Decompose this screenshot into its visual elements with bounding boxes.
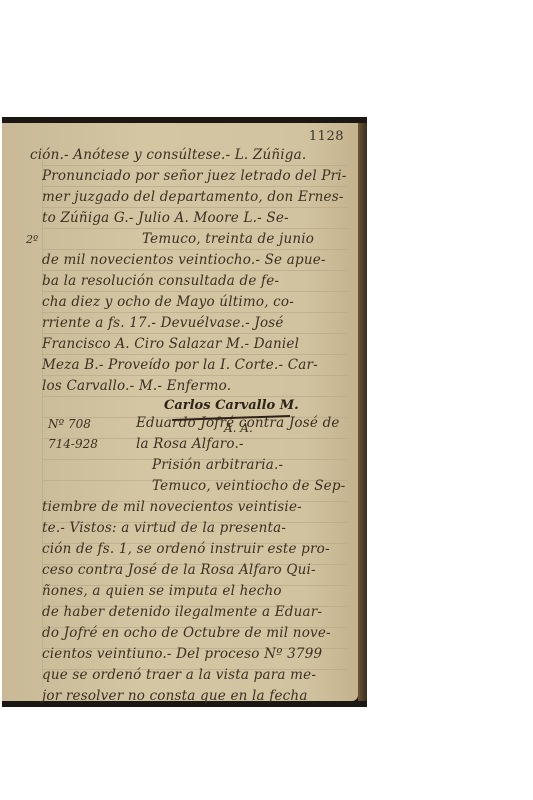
text-line: ba la resolución consultada de fe- [42,273,279,289]
case-number: Nº 708 [48,417,91,431]
text-line: Pronunciado por señor juez letrado del P… [42,168,347,184]
case-subject: Prisión arbitraria.- [152,457,283,473]
text-line: tiembre de mil novecientos veintisie- [42,499,302,515]
case-folio: 714-928 [48,437,98,451]
page-number: 1128 [309,129,344,144]
text-line: rriente a fs. 17.- Devuélvase.- José [42,315,284,331]
text-line: Meza B.- Proveído por la I. Corte.- Car- [42,357,318,373]
text-line: ción.- Anótese y consúltese.- L. Zúñiga. [30,147,306,163]
text-line: Temuco, veintiocho de Sep- [152,478,345,494]
case-title: Eduardo Jofré contra José de [136,415,340,431]
text-line: Temuco, treinta de junio [142,231,314,247]
text-line: mer juzgado del departamento, don Ernes- [42,189,344,205]
text-line: que se ordenó traer a la vista para me- [42,667,316,683]
text-line: ñones, a quien se imputa el hecho [42,583,282,599]
text-line: cientos veintiuno.- Del proceso Nº 3799 [42,646,322,662]
case-title: la Rosa Alfaro.- [136,436,244,452]
book-spine [358,123,367,701]
text-line: de mil novecientos veintiocho.- Se apue- [42,252,326,268]
margin-note: 2º [26,233,38,246]
text-line: to Zúñiga G.- Julio A. Moore L.- Se- [42,210,289,226]
text-line: do Jofré en ocho de Octubre de mil nove- [42,625,331,641]
text-line: Francisco A. Ciro Salazar M.- Daniel [42,336,299,352]
signature: Carlos Carvallo M. [164,398,299,413]
document-photo: 1128 ción.- Anótese y consúltese.- L. Zú… [2,117,367,707]
ledger-page: 1128 ción.- Anótese y consúltese.- L. Zú… [2,123,358,701]
text-line: te.- Vistos: a virtud de la presenta- [42,520,286,536]
text-line: ceso contra José de la Rosa Alfaro Qui- [42,562,316,578]
text-line: cha diez y ocho de Mayo último, co- [42,294,294,310]
text-line: jor resolver no consta que en la fecha [42,688,308,704]
text-line: los Carvallo.- M.- Enfermo. [42,378,231,394]
text-line: de haber detenido ilegalmente a Eduar- [42,604,322,620]
text-line: ción de fs. 1, se ordenó instruir este p… [42,541,330,557]
